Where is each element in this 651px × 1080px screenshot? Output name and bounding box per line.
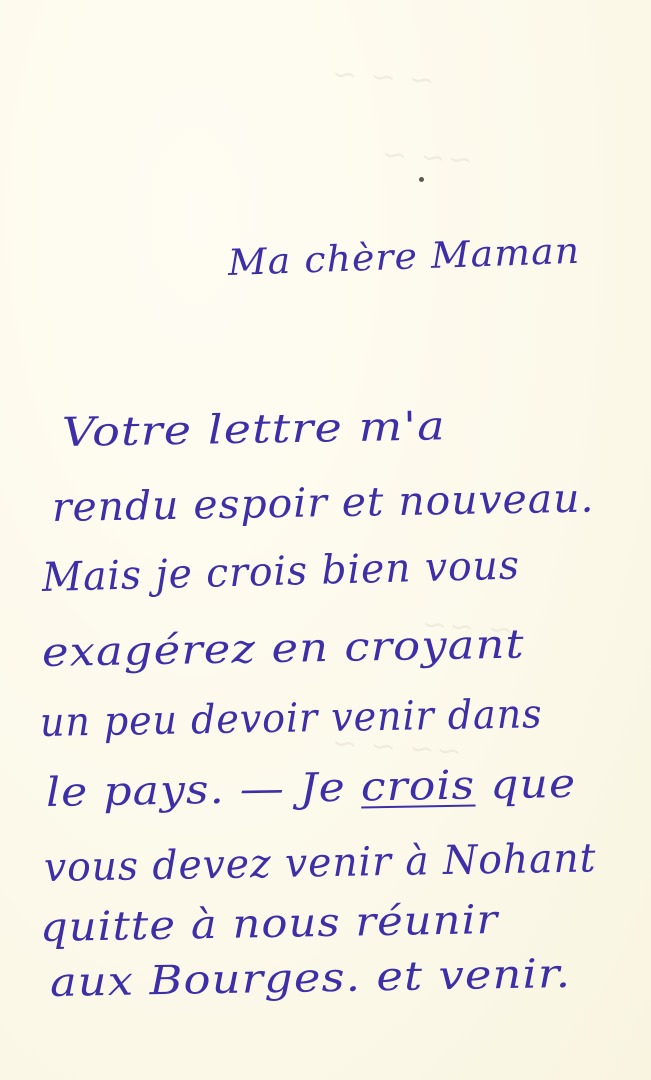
ink-dot-mark: [419, 177, 424, 182]
letter-line-5: un peu devoir venir dans: [40, 691, 543, 746]
ink-bleed-through-mark: ~ ~ ~: [329, 56, 436, 98]
underlined-word: crois: [361, 763, 476, 811]
letter-paper: ~ ~ ~ ~~ ~ ~ ~~ ~~ ~ ~ Ma chère Maman Vo…: [0, 0, 651, 1080]
letter-line-7: vous devez venir à Nohant: [44, 835, 597, 891]
ink-bleed-through-mark: ~~ ~: [379, 137, 474, 178]
letter-line-6: le pays. — Je crois que: [46, 761, 577, 816]
letter-line-4: exagérez en croyant: [42, 622, 525, 676]
letter-line-6-before: le pays. — Je: [46, 765, 362, 816]
letter-line-3: Mais je crois bien vous: [41, 542, 520, 600]
letter-line-2: rendu espoir et nouveau.: [52, 476, 595, 531]
letter-salutation: Ma chère Maman: [227, 231, 580, 284]
letter-line-9: aux Bourges. et venir.: [50, 951, 572, 1006]
letter-line-8: quitte à nous réunir: [40, 897, 499, 951]
letter-line-1: Votre lettre m'a: [62, 403, 447, 456]
letter-line-6-after: que: [475, 761, 577, 809]
